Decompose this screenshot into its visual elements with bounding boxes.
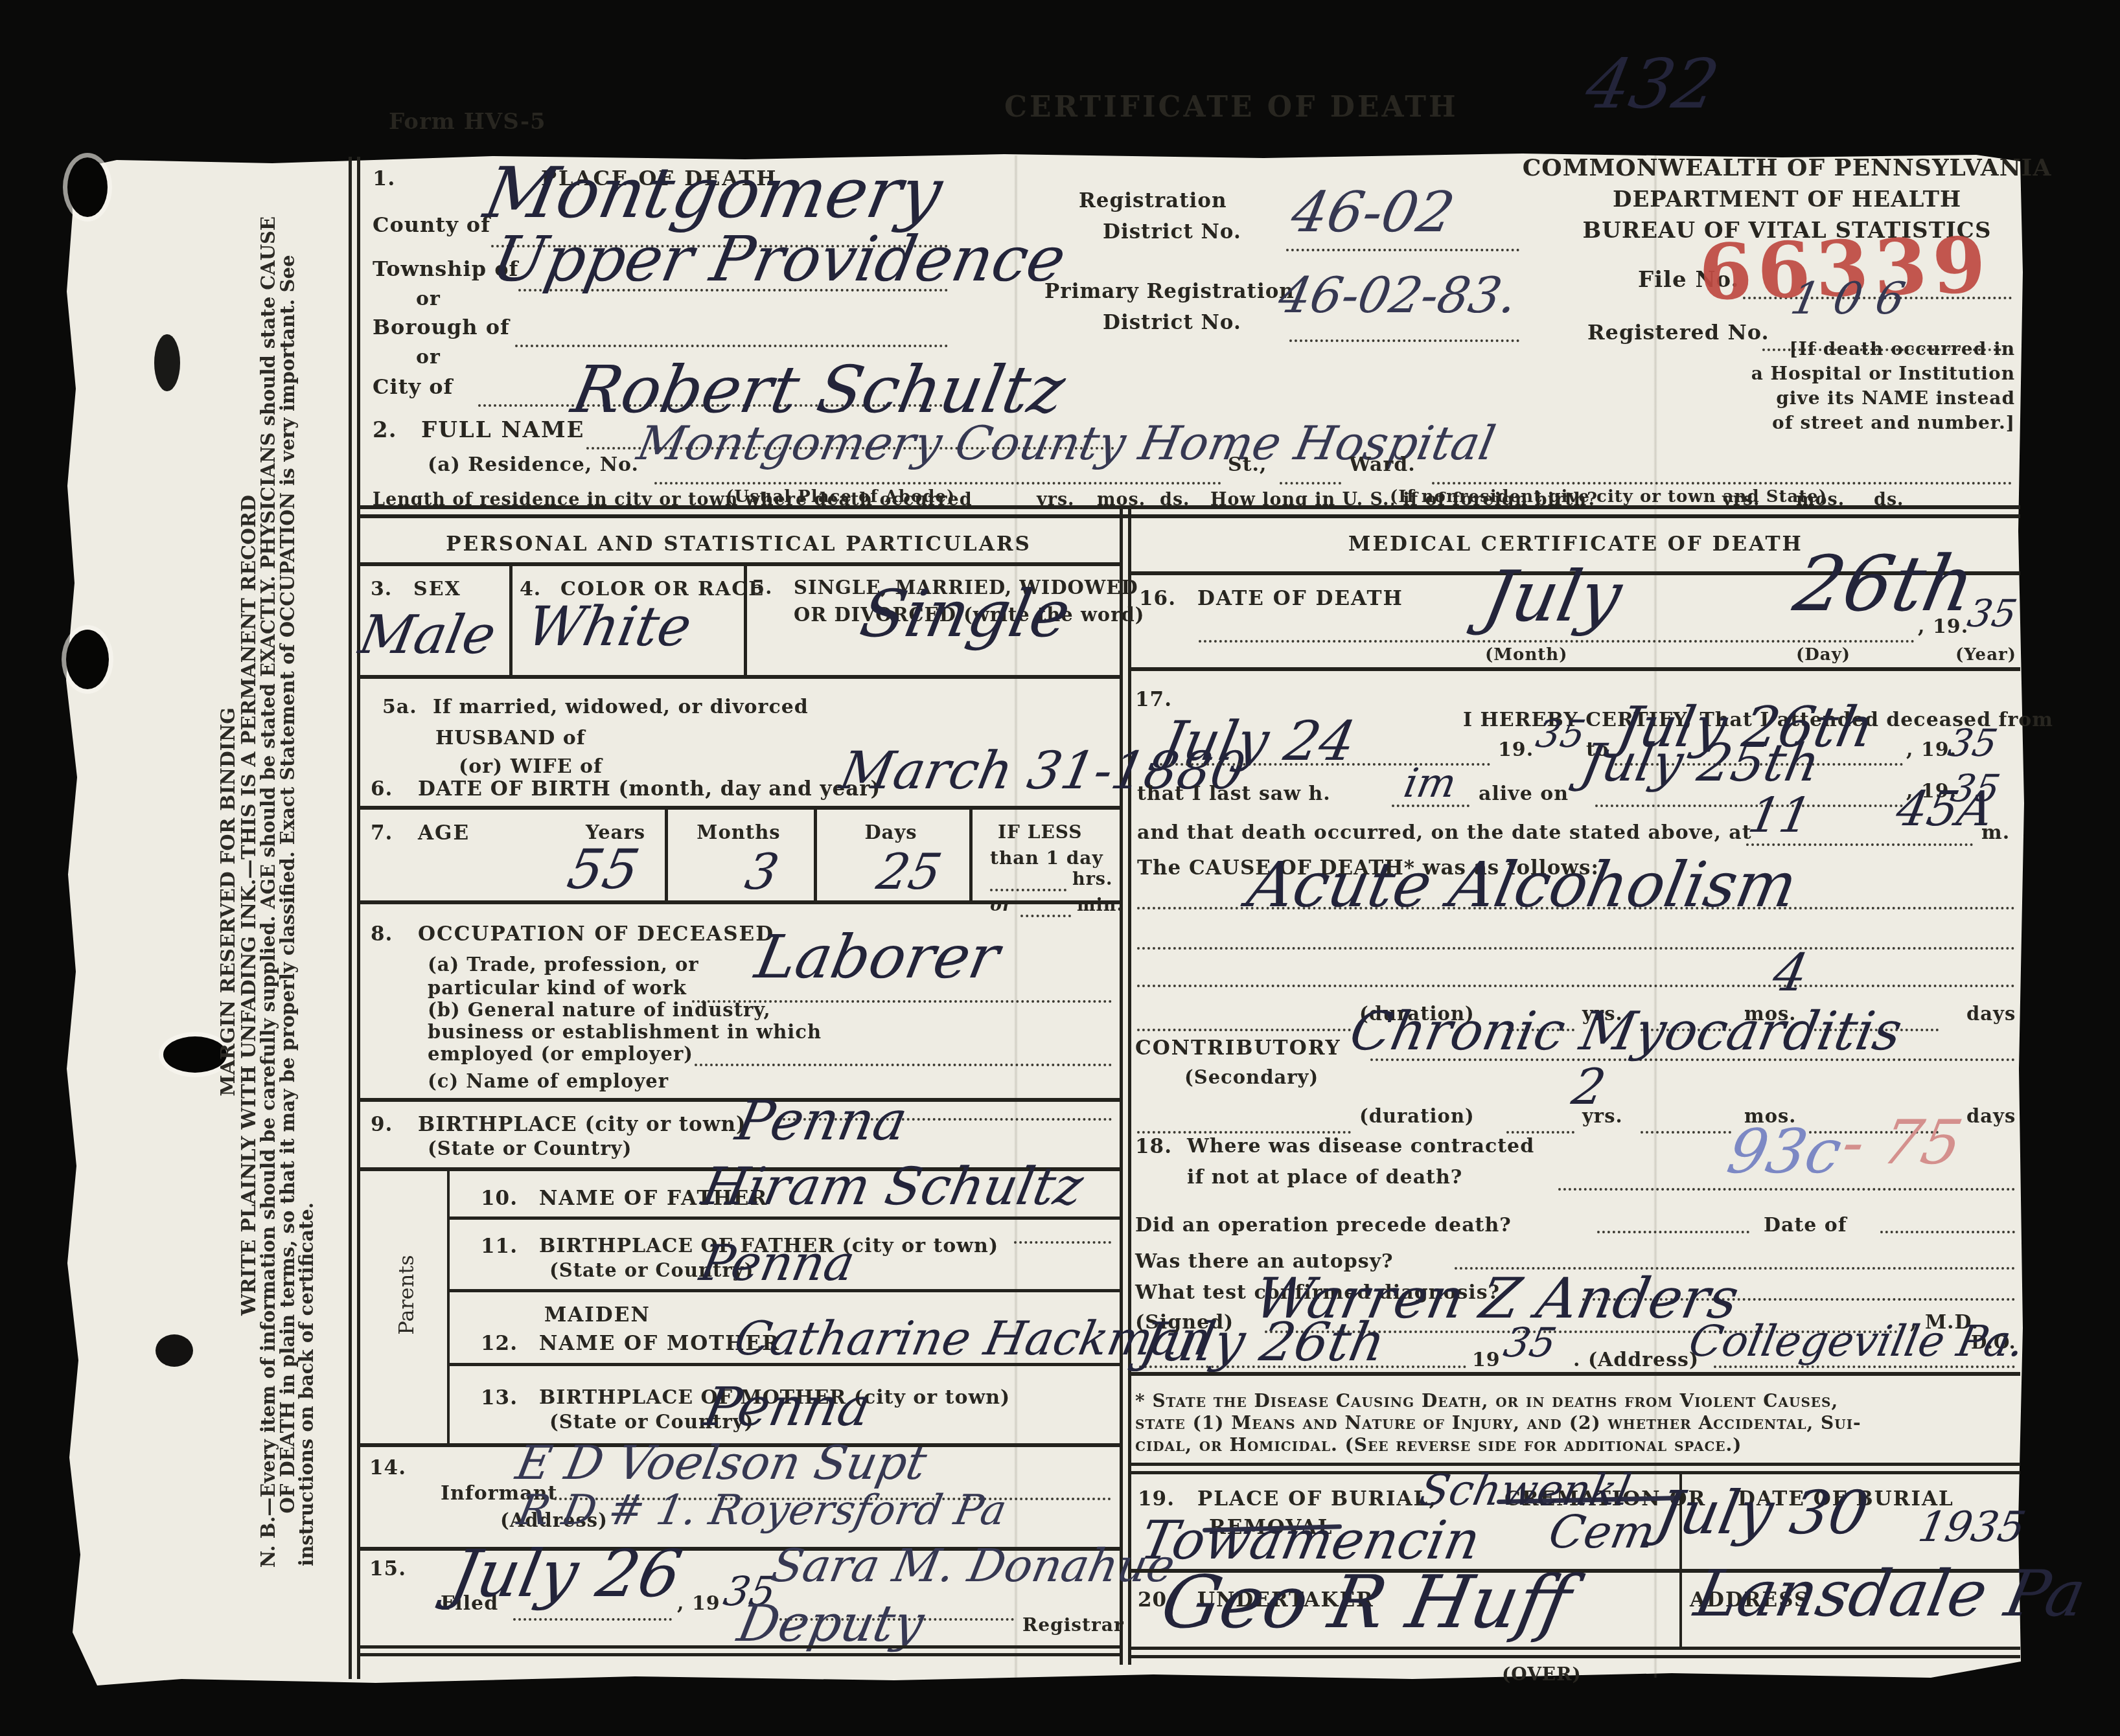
operation-label: Did an operation precede death? (1135, 1214, 1512, 1237)
border-left-outer (349, 157, 352, 1679)
rule-under-signature (1131, 1372, 2020, 1376)
date-of-death-month: July (1479, 562, 1627, 632)
age-ifless-label-2: than 1 day (990, 847, 1103, 869)
item6-number: 6. (371, 777, 393, 801)
rule-bottom-left-1 (360, 1645, 1120, 1649)
rule-under-occupation (360, 1098, 1120, 1102)
contributory-value: Chronic Myocarditis (1346, 1005, 1906, 1058)
registered-no-value: 106 (1787, 277, 1922, 321)
filed-value: July 26 (446, 1542, 686, 1606)
sig-date-value: July 26th (1136, 1316, 1389, 1369)
item14-number: 14. (369, 1456, 406, 1479)
informant-value: E D Voelson Supt (513, 1439, 930, 1486)
dateof-label: Date of (1764, 1214, 1847, 1237)
sex-value: Male (355, 609, 500, 662)
rule-under-age (360, 900, 1120, 904)
rule-bottom-left-2 (360, 1653, 1120, 1656)
occupation-a-label-1: (a) Trade, profession, or (428, 954, 699, 976)
cause-dots-3 (1137, 985, 2015, 987)
husband-label-3: (or) WIFE of (459, 755, 603, 778)
item10-number: 10. (481, 1187, 518, 1210)
form-number: Form HVS-5 (389, 109, 546, 135)
duration2-days-label: days (1966, 1105, 2016, 1127)
margin-note-binding: MARGIN RESERVED FOR BINDING (217, 766, 240, 1097)
ds-label-2: ds. (1874, 490, 1904, 510)
occupation-a-label-2: particular kind of work (428, 977, 687, 999)
item1-number: 1. (373, 166, 395, 190)
rule-under-father (447, 1216, 1120, 1220)
color-value: White (523, 599, 696, 654)
item13-number: 13. (481, 1386, 518, 1410)
item17-number: 17. (1135, 688, 1172, 711)
item2-number: 2. (373, 417, 397, 443)
or-label-1: or (416, 288, 441, 310)
date-of-death-label: DATE OF DEATH (1197, 587, 1403, 610)
hospital-note-line3: give its NAME instead (1717, 387, 2015, 409)
certify-from-date: July 24 (1158, 714, 1360, 768)
husband-label-2: HUSBAND of (435, 727, 586, 749)
footnote-line-1: * State the Disease Causing Death, or in… (1135, 1390, 1838, 1411)
rule-under-personal-heading (360, 562, 1120, 566)
rule-under-mother (447, 1363, 1120, 1366)
age-days-header: Days (864, 821, 917, 843)
cause-dots-2 (1137, 947, 2015, 950)
parents-label: Parents (394, 1224, 419, 1366)
sex-label: SEX (413, 578, 461, 600)
st-dots (1280, 482, 1341, 485)
residence-dots (654, 482, 1221, 485)
footnote-line-2: state (1) Means and Nature of Injury, an… (1135, 1412, 1861, 1433)
informant-address-value: R D # 1. Royersford Pa (514, 1490, 1010, 1531)
county-value: Montgomery (479, 159, 948, 229)
full-name-value: Robert Schultz (567, 358, 1070, 422)
primary-registration-label-2: District No. (1103, 311, 1241, 334)
age-or-label: or (990, 895, 1012, 915)
commonwealth-line: COMMONWEALTH OF PENNSYLVANIA (1523, 154, 2052, 181)
birthplace-sub-label: (State or Country) (428, 1137, 632, 1159)
certify-from-19: 19. (1498, 738, 1534, 761)
punch-hole (156, 1334, 193, 1367)
item11-number: 11. (481, 1235, 518, 1258)
punch-hole (66, 630, 109, 689)
age-hrs-label: hrs. (1072, 869, 1112, 889)
occurred-label: and that death occurred, on the date sta… (1137, 821, 1752, 844)
secondary-label: (Secondary) (1184, 1066, 1319, 1088)
lastsaw-date-value: July 25th (1577, 737, 1824, 789)
occupation-b-dots (695, 1064, 1112, 1066)
cause-dots-1 (1137, 907, 2015, 909)
margin-note-nb-1: N. B.—Every item of information should b… (257, 160, 279, 1624)
mos-label-1: mos. (1097, 490, 1146, 510)
age-min-dots (1020, 915, 1071, 917)
occurred-m-label: m. (1981, 821, 2010, 844)
yrs-label-1: yrs. (1037, 490, 1075, 510)
rule-top-double-2 (360, 514, 2020, 518)
duration1-days-label: days (1966, 1003, 2016, 1025)
duration2-dots-1 (1137, 1131, 1351, 1134)
age-years-value: 55 (564, 842, 643, 897)
father-bp-dots (1014, 1241, 1111, 1244)
day-caption: (Day) (1796, 645, 1850, 665)
age-days-value: 25 (873, 847, 945, 897)
year-caption: (Year) (1955, 645, 2016, 665)
burial-place-value-3: Cem (1545, 1509, 1659, 1555)
or-label-2: or (416, 346, 441, 369)
lastsaw-label-1: that I last saw h. (1137, 782, 1331, 805)
registrar-label: Registrar (1022, 1614, 1124, 1636)
age-label: AGE (418, 821, 470, 845)
primary-registration-value: 46-02-83. (1275, 271, 1521, 320)
primary-registration-label-1: Primary Registration (1044, 280, 1295, 303)
rule-under-dod (1131, 667, 2020, 671)
where-label-2: if not at place of death? (1187, 1166, 1462, 1189)
contributory-label: CONTRIBUTORY (1135, 1036, 1341, 1060)
father-bp-value: Penna (697, 1239, 859, 1288)
over-label: (OVER) (1502, 1663, 1582, 1685)
occupation-c-label: (c) Name of employer (428, 1070, 669, 1092)
sig-address-value: Collegeville Pa. (1686, 1320, 2028, 1363)
yrs-label-2: yrs. (1722, 490, 1760, 510)
date-of-death-year: 35 (1964, 595, 2020, 632)
city-label: City of (373, 374, 453, 399)
divider-age-months (814, 806, 817, 900)
registration-district-value: 46-02 (1287, 185, 1459, 240)
occurred-dots (1746, 843, 1973, 846)
duration2-label: (duration) (1359, 1105, 1475, 1127)
personal-section-heading: PERSONAL AND STATISTICAL PARTICULARS (446, 532, 1031, 556)
registration-district-label-2: District No. (1103, 220, 1241, 244)
primary-registration-dots (1289, 339, 1519, 342)
borough-dots (515, 345, 948, 347)
date-of-death-day: 26th (1789, 545, 1981, 622)
divider-sex-color (509, 562, 513, 675)
center-divider-1 (1120, 505, 1123, 1665)
footnote-line-3: cidal, or Homicidal. (See reverse side f… (1135, 1434, 1742, 1456)
registrar-signature: Sara M. Donahue (768, 1543, 1179, 1588)
husband-label-1: If married, widowed, or divorced (433, 696, 809, 718)
border-left-inner (357, 157, 360, 1679)
page-number-handwritten: 432 (1581, 51, 1724, 119)
burial-date-year: 1935 (1915, 1507, 2029, 1548)
where-value-red: - 75 (1838, 1113, 1967, 1174)
hospital-note-line1: [If death occurred in (1717, 338, 2015, 360)
item9-number: 9. (371, 1113, 393, 1136)
margin-note-nb-3: instructions on back of certificate. (295, 1153, 317, 1616)
age-min-label: min. (1077, 895, 1123, 915)
item8-number: 8. (371, 922, 393, 946)
duration2-dots-3 (1641, 1131, 1731, 1134)
hospital-note-line2: a Hospital or Institution (1717, 363, 2015, 384)
birthplace-label: BIRTHPLACE (city or town) (418, 1113, 746, 1136)
rule-under-dob (360, 806, 1120, 810)
operation-dots (1597, 1231, 1749, 1233)
burial-place-value-1: Towamencin (1136, 1514, 1484, 1568)
occupation-a-value: Laborer (751, 928, 1004, 987)
month-caption: (Month) (1485, 645, 1568, 665)
sig-19-label: 19 (1472, 1349, 1501, 1371)
birthplace-value: Penna (732, 1093, 912, 1148)
parents-box-line (447, 1167, 450, 1445)
divider-age-days (969, 806, 973, 900)
st-label: St., (1228, 453, 1267, 476)
ward-label: Ward. (1349, 453, 1416, 476)
duration1-dots-1 (1137, 1029, 1351, 1031)
occupation-label: OCCUPATION OF DECEASED (418, 922, 774, 946)
age-ifless-label-1: IF LESS (998, 821, 1083, 843)
hospital-note-line4: of street and number.] (1717, 412, 2015, 433)
marital-value: Single (855, 582, 1076, 646)
ds-label-1: ds. (1160, 490, 1190, 510)
item12-number: 12. (481, 1332, 518, 1355)
punch-hole (67, 157, 108, 217)
date-of-death-dots (1199, 640, 1915, 643)
residence-label: (a) Residence, No. (428, 453, 639, 476)
burial-date-value: July 30 (1652, 1483, 1873, 1543)
sig-address-label: . (Address) (1573, 1349, 1699, 1371)
filed-19-label: , 19 (677, 1592, 720, 1615)
township-value: Upper Providence (488, 228, 1071, 290)
death-certificate-scan: MARGIN RESERVED FOR BINDING WRITE PLAINL… (0, 0, 2120, 1736)
registration-district-label-1: Registration (1079, 189, 1227, 212)
certify-from-year: 35 (1533, 715, 1588, 753)
where-dots (1558, 1188, 2015, 1191)
center-divider-2 (1128, 505, 1131, 1665)
maiden-label: MAIDEN (544, 1303, 651, 1327)
rule-bottom-right-2 (1131, 1655, 2020, 1658)
punch-hole (154, 334, 180, 391)
rule-under-row345 (360, 675, 1120, 679)
lastsaw-dots (1595, 805, 1903, 807)
item15-number: 15. (369, 1557, 406, 1581)
item19-number: 19. (1138, 1487, 1175, 1511)
county-label: County of (373, 212, 490, 237)
certificate-title: CERTIFICATE OF DEATH (1004, 91, 1458, 124)
undertaker-value: Geo R Huff (1156, 1566, 1577, 1639)
where-label-1: Where was disease contracted (1187, 1135, 1534, 1158)
sex-number: 3. (371, 578, 392, 600)
duration2-dots-2 (1506, 1131, 1574, 1134)
department-line: DEPARTMENT OF HEALTH (1613, 187, 1961, 212)
rule-bottom-right-1 (1131, 1647, 2020, 1650)
mother-bp-value: Penna (700, 1381, 875, 1434)
deputy-value: Deputy (733, 1599, 927, 1649)
where-value-blue: 93c (1723, 1122, 1847, 1183)
ward-dots (1432, 482, 2012, 485)
divider-color-marital (744, 562, 747, 675)
rule-under-father-bp (447, 1289, 1120, 1292)
marital-number: 5. (752, 577, 772, 599)
occupation-b-label-3: employed (or employer) (428, 1043, 693, 1065)
age-hrs-dots (990, 889, 1066, 891)
occupation-b-label-1: (b) General nature of industry, (428, 999, 770, 1021)
place-of-burial-label: PLACE OF BURIAL, (1197, 1487, 1437, 1511)
filed-dots-1 (513, 1618, 672, 1621)
dateof-dots (1880, 1231, 2015, 1233)
occupation-b-label-2: business or establishment in which (428, 1021, 822, 1043)
full-name-label: FULL NAME (421, 417, 584, 443)
undertaker-address-value: Lansdale Pa (1690, 1562, 2090, 1626)
registration-district-dots (1286, 249, 1519, 251)
lastsaw-him-value: im (1401, 763, 1460, 803)
father-value: Hiram Schultz (698, 1161, 1087, 1213)
certify-to-year: 35 (1945, 724, 2000, 762)
mos-label-2: mos. (1796, 490, 1845, 510)
age-months-header: Months (697, 821, 780, 843)
lastsaw-label-2: alive on (1479, 782, 1569, 805)
death-hour-value: 11 (1745, 792, 1815, 839)
length-residence-label: Length of residence in city or town wher… (373, 490, 973, 510)
item5a-number: 5a. (382, 696, 417, 718)
dob-label: DATE OF BIRTH (month, day and year) (418, 777, 881, 801)
item18-number: 18. (1135, 1135, 1172, 1158)
item7-number: 7. (371, 821, 393, 845)
howlong-label: How long in U. S., if of foreign birth? (1210, 490, 1598, 510)
divider-age-years (665, 806, 668, 900)
borough-label: Borough of (373, 315, 510, 339)
item16-number: 16. (1139, 587, 1176, 610)
medical-section-heading: MEDICAL CERTIFICATE OF DEATH (1348, 532, 1803, 556)
sig-year-value: 35 (1501, 1323, 1560, 1363)
